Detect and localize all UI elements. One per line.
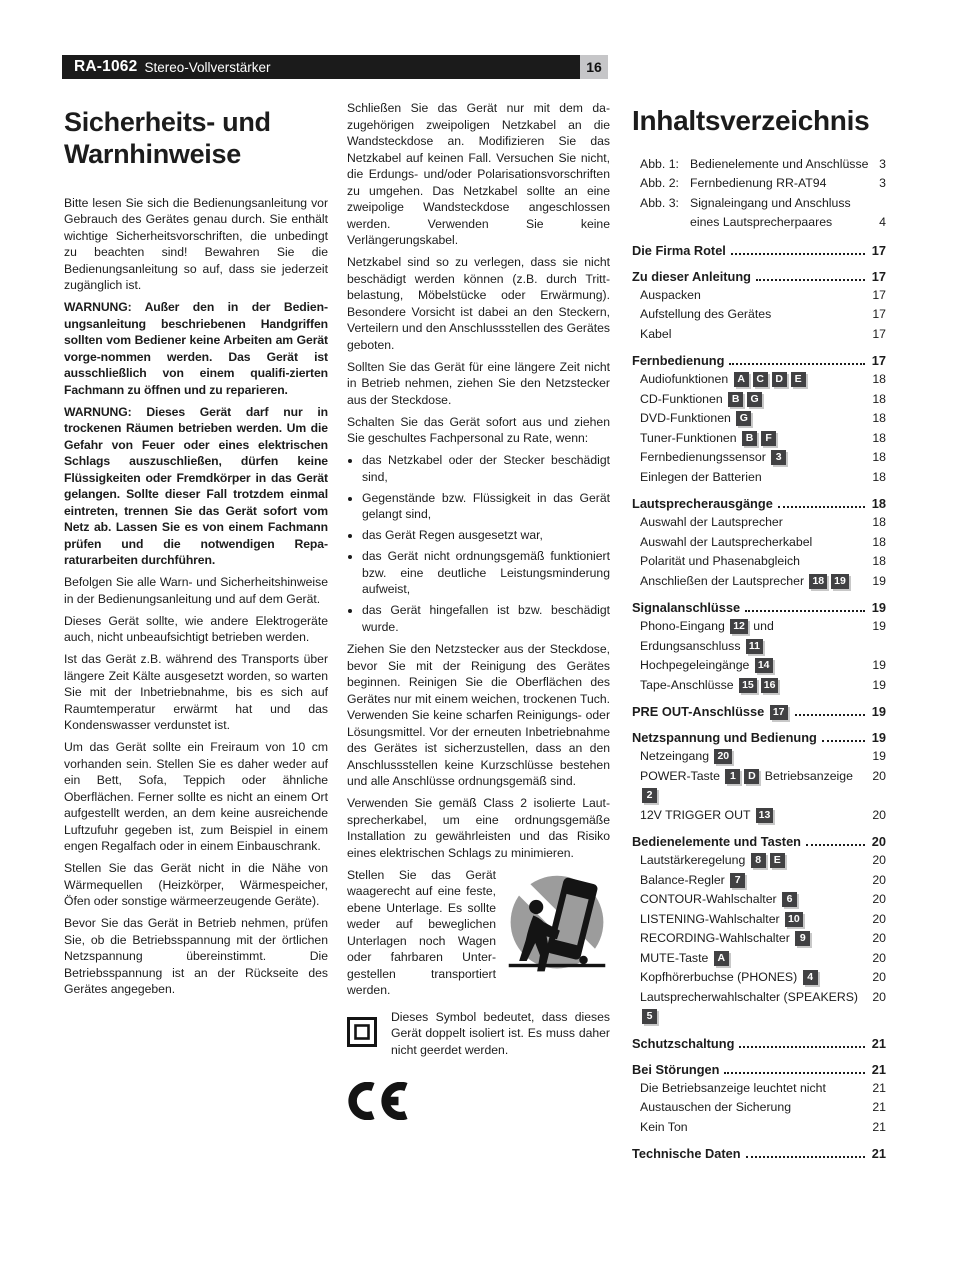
ref-badge: 9	[795, 931, 810, 946]
toc-entry: Technische Daten21	[632, 1144, 886, 1163]
toc-figure-page: 4	[879, 213, 886, 233]
toc-entry-label: CD-Funktionen BG	[640, 390, 764, 410]
toc-entry: Audiofunktionen ACDE18	[632, 370, 886, 390]
ref-badge: G	[736, 411, 751, 426]
warning-paragraph: WARNUNG: Außer den in der Bedien­ungsanl…	[64, 299, 328, 398]
toc-entry: DVD-Funktionen G18	[632, 409, 886, 429]
toc-entry-page: 18	[872, 552, 886, 572]
toc-entry-page: 17	[872, 305, 886, 325]
toc-entry-label: RECORDING-Wahlschalter 9	[640, 929, 812, 949]
ref-badge: A	[714, 951, 729, 966]
paragraph: Netzkabel sind so zu verlegen, dass sie …	[347, 254, 610, 353]
toc-entry-page: 17	[872, 286, 886, 306]
toc-entry-page: 20	[872, 949, 886, 969]
toc-entry-label: Auspacken	[640, 286, 701, 306]
toc-figure-label: Signaleingang und Anschluss	[690, 194, 851, 214]
toc-entry-page: 18	[872, 370, 886, 390]
toc-entry: MUTE-Taste A20	[632, 949, 886, 969]
toc-figures: Abb. 1:Bedienelemente und Anschlüsse3Abb…	[632, 155, 886, 233]
toc-entry-label: Einlegen der Batterien	[640, 468, 762, 488]
toc-entry-page: 18	[872, 429, 886, 449]
paragraph: Befolgen Sie alle Warn- und Sicherheitsh…	[64, 574, 328, 607]
toc-entry-page: 21	[872, 1118, 886, 1138]
toc-entry-label: Netzspannung und Bedienung	[632, 728, 817, 747]
toc-entry-page: 21	[872, 1034, 886, 1053]
toc-entry-page: 21	[872, 1079, 886, 1099]
toc-entry: POWER-Taste 1D Betriebsanzeige 220	[632, 767, 886, 806]
dot-leader	[778, 506, 865, 508]
toc-entry: RECORDING-Wahlschalter 920	[632, 929, 886, 949]
toc-entry-label: Signalanschlüsse	[632, 598, 740, 617]
toc-entry-page: 20	[872, 910, 886, 930]
toc-entry-label: Schutzschaltung	[632, 1034, 734, 1053]
toc-entry-page: 19	[872, 656, 886, 676]
toc-entry-label: Hochpegeleingänge 14	[640, 656, 775, 676]
dot-leader	[724, 1072, 864, 1074]
toc-entry-label: LISTENING-Wahlschalter 10	[640, 910, 805, 930]
toc-entry-label: Aufstellung des Gerätes	[640, 305, 771, 325]
toc-entry-page: 21	[872, 1144, 886, 1163]
toc-entry-page: 17	[872, 325, 886, 345]
no-cart-icon	[504, 869, 610, 981]
toc-entry-page: 20	[872, 851, 886, 871]
dot-leader	[745, 610, 865, 612]
safety-title-line1: Sicherheits- und	[64, 107, 271, 137]
paragraph: Verwenden Sie gemäß Class 2 isolierte La…	[347, 795, 610, 861]
toc-figure-label: eines Lautsprecherpaares	[690, 213, 832, 233]
toc-entry: Auspacken17	[632, 286, 886, 306]
toc-entry: CD-Funktionen BG18	[632, 390, 886, 410]
toc-entry-label: POWER-Taste 1D Betriebsanzeige 2	[640, 767, 868, 806]
ref-badge: B	[728, 392, 743, 407]
toc-figure-label: Bedienelemente und Anschlüsse	[690, 155, 868, 175]
dot-leader	[739, 1046, 864, 1048]
toc-entry: Fernbedienung 17	[632, 351, 886, 370]
toc-entry-label: Kabel	[640, 325, 671, 345]
toc-title: Inhaltsverzeichnis	[632, 106, 886, 137]
toc-figure-prefix: Abb. 1:	[640, 155, 690, 175]
dot-leader	[822, 740, 865, 742]
toc-entry-label: Lautstärkeregelung 8E	[640, 851, 787, 871]
toc-figure-prefix: Abb. 3:	[640, 194, 690, 214]
paragraph: Ist das Gerät z.B. während des Transport…	[64, 651, 328, 734]
ref-badge: 16	[761, 678, 779, 693]
toc-entry-page: 19	[872, 676, 886, 696]
model-label: RA-1062	[74, 58, 137, 76]
toc-entry: PRE OUT-Anschlüsse 1719	[632, 702, 886, 721]
dot-leader	[756, 279, 865, 281]
toc-figure-prefix: Abb. 2:	[640, 174, 690, 194]
ref-badge: 19	[831, 574, 849, 589]
toc-entry: Netzeingang 2019	[632, 747, 886, 767]
manual-page: RA-1062 Stereo-Vollverstärker 16 Sicherh…	[0, 0, 954, 1272]
toc-entry: Kabel17	[632, 325, 886, 345]
toc-entry-label: Die Firma Rotel	[632, 241, 726, 260]
toc-entry-label: Zu dieser Anleitung	[632, 267, 751, 286]
paragraph: Ziehen Sie den Netzstecker aus der Steck…	[347, 641, 610, 790]
ref-badge: 4	[803, 970, 818, 985]
toc-entry-label: DVD-Funktionen G	[640, 409, 753, 429]
toc-entry-page: 19	[872, 728, 886, 747]
ref-badge: 3	[771, 450, 786, 465]
toc-entry-label: Tuner-Funktionen BF	[640, 429, 778, 449]
toc-list: Die Firma Rotel17Zu dieser Anleitung 17A…	[632, 241, 886, 1164]
toc-entry-page: 18	[872, 448, 886, 468]
toc-entry: Fernbedienungssensor 318	[632, 448, 886, 468]
list-item: das Gerät hingefallen ist bzw. beschädig…	[362, 602, 610, 635]
safety-column: Sicherheits- und Warnhinweise Bitte lese…	[64, 106, 328, 1003]
dot-leader	[746, 1156, 865, 1158]
toc-entry: Tuner-Funktionen BF18	[632, 429, 886, 449]
toc-entry-page: 18	[872, 409, 886, 429]
toc-entry-label: Bedienelemente und Tasten	[632, 832, 801, 851]
toc-entry-label: Kein Ton	[640, 1118, 688, 1138]
toc-figure-page: 3	[879, 155, 886, 175]
toc-entry: Bei Störungen 21	[632, 1060, 886, 1079]
dot-leader	[729, 363, 864, 365]
toc-entry-page: 19	[872, 617, 886, 637]
dot-leader	[806, 844, 865, 846]
ref-badge: G	[747, 392, 762, 407]
safety-title-line2: Warnhinweise	[64, 139, 241, 169]
list-item: Gegenstände bzw. Flüssigkeit in das Gerä…	[362, 490, 610, 523]
paragraph: Sollten Sie das Gerät für eine längere Z…	[347, 359, 610, 409]
ref-badge: 5	[642, 1009, 657, 1024]
toc-column: Inhaltsverzeichnis Abb. 1:Bedienelemente…	[632, 106, 886, 1163]
toc-entry-page: 18	[872, 494, 886, 513]
double-insulation-block: Dieses Symbol bedeutet, dass dieses Gerä…	[347, 1009, 610, 1059]
toc-entry: Die Betriebsanzeige leuchtet nicht21	[632, 1079, 886, 1099]
toc-entry: Aufstellung des Gerätes17	[632, 305, 886, 325]
toc-entry-page: 20	[872, 890, 886, 910]
ref-badge: D	[772, 372, 787, 387]
toc-entry: Einlegen der Batterien18	[632, 468, 886, 488]
paragraph: Dieses Gerät sollte, wie andere Elektrog…	[64, 613, 328, 646]
toc-entry: 12V TRIGGER OUT 1320	[632, 806, 886, 826]
ref-badge: B	[742, 431, 757, 446]
ref-badge: 7	[730, 873, 745, 888]
toc-entry-page: 20	[872, 929, 886, 949]
toc-entry: Anschließen der Lautsprecher 181919	[632, 572, 886, 592]
toc-entry: Austauschen der Sicherung21	[632, 1098, 886, 1118]
bullet-intro: Schalten Sie das Gerät sofort aus und zi…	[347, 414, 610, 447]
toc-entry: Netzspannung und Bedienung19	[632, 728, 886, 747]
toc-entry-label: Anschließen der Lautsprecher 1819	[640, 572, 851, 592]
ref-badge: 8	[751, 853, 766, 868]
toc-entry: Lautsprecherwahlschalter (SPEAKERS) 520	[632, 988, 886, 1027]
double-insulation-icon	[347, 1017, 377, 1047]
toc-entry-page: 18	[872, 468, 886, 488]
toc-entry: Signalanschlüsse 19	[632, 598, 886, 617]
toc-entry: Kopfhörerbuchse (PHONES) 420	[632, 968, 886, 988]
header-subtitle: Stereo-Vollverstärker	[144, 60, 270, 75]
toc-entry: Schutzschaltung 21	[632, 1034, 886, 1053]
dot-leader	[731, 253, 865, 255]
toc-entry: Lautsprecherausgänge 18	[632, 494, 886, 513]
toc-figure-row: Abb. 3:Signaleingang und Anschluss	[632, 194, 886, 214]
ref-badge: 13	[756, 808, 774, 823]
paragraph: Stellen Sie das Gerät nicht in die Nähe …	[64, 860, 328, 910]
ref-badge: 18	[809, 574, 827, 589]
toc-entry: Tape-Anschlüsse 151619	[632, 676, 886, 696]
power-column: Schließen Sie das Gerät nur mit dem da­z…	[347, 100, 610, 1125]
toc-entry-label: Netzeingang 20	[640, 747, 734, 767]
toc-entry-label: Lautsprecherwahlschalter (SPEAKERS) 5	[640, 988, 868, 1027]
ref-badge: 12	[730, 619, 748, 634]
toc-entry-page: 20	[872, 968, 886, 988]
toc-entry-label: Bei Störungen	[632, 1060, 719, 1079]
ref-badge: E	[791, 372, 806, 387]
toc-entry-page: 17	[872, 351, 886, 370]
toc-entry-page: 19	[872, 598, 886, 617]
toc-entry-label: Phono-Eingang 12 und Erdungsanschluss 11	[640, 617, 868, 656]
ref-badge: 2	[642, 788, 657, 803]
ref-badge: 11	[746, 639, 763, 654]
toc-entry-label: Die Betriebsanzeige leuchtet nicht	[640, 1079, 826, 1099]
ref-badge: 14	[755, 658, 773, 673]
toc-entry-label: Lautsprecherausgänge	[632, 494, 773, 513]
bullet-list: das Netzkabel oder der Stecker beschädig…	[347, 452, 610, 635]
toc-entry: Auswahl der Lautsprecherkabel18	[632, 533, 886, 553]
toc-entry-label: 12V TRIGGER OUT 13	[640, 806, 775, 826]
toc-entry-page: 17	[872, 241, 886, 260]
toc-entry-label: Kopfhörerbuchse (PHONES) 4	[640, 968, 820, 988]
toc-entry-label: Auswahl der Lautsprecherkabel	[640, 533, 812, 553]
ref-badge: E	[770, 853, 785, 868]
list-item: das Gerät Regen ausgesetzt war,	[362, 527, 610, 544]
toc-figure-row: eines Lautsprecherpaares4	[632, 213, 886, 233]
toc-figure-label: Fernbedienung RR-AT94	[690, 174, 826, 194]
ref-badge: D	[744, 769, 759, 784]
toc-entry-page: 19	[872, 747, 886, 767]
ref-badge: 6	[782, 892, 797, 907]
toc-entry-label: Auswahl der Lautsprecher	[640, 513, 783, 533]
toc-entry: Phono-Eingang 12 und Erdungsanschluss 11…	[632, 617, 886, 656]
ref-badge: A	[734, 372, 749, 387]
toc-figure-row: Abb. 2:Fernbedienung RR-AT943	[632, 174, 886, 194]
ref-badge: 15	[739, 678, 757, 693]
toc-entry-page: 20	[872, 871, 886, 891]
toc-entry-page: 17	[872, 267, 886, 286]
toc-entry-page: 19	[872, 572, 886, 592]
page-number-badge: 16	[580, 55, 608, 79]
toc-entry-page: 20	[872, 988, 886, 1008]
ref-badge: 17	[770, 705, 788, 720]
toc-entry-page: 18	[872, 533, 886, 553]
toc-entry-page: 20	[872, 832, 886, 851]
toc-entry-page: 21	[872, 1060, 886, 1079]
placement-block: Stellen Sie das Gerät waagerecht auf ein…	[347, 867, 610, 999]
toc-entry-page: 20	[872, 767, 886, 787]
paragraph: Um das Gerät sollte ein Freiraum von 10 …	[64, 739, 328, 855]
toc-entry-page: 19	[872, 702, 886, 721]
toc-entry: Hochpegeleingänge 1419	[632, 656, 886, 676]
double-insulation-text: Dieses Symbol bedeutet, dass dieses Gerä…	[391, 1009, 610, 1059]
toc-entry: Bedienelemente und Tasten20	[632, 832, 886, 851]
toc-entry-label: Tape-Anschlüsse 1516	[640, 676, 780, 696]
toc-entry-page: 21	[872, 1098, 886, 1118]
ref-badge: C	[753, 372, 768, 387]
toc-entry-label: PRE OUT-Anschlüsse 17	[632, 702, 790, 721]
toc-entry-page: 18	[872, 513, 886, 533]
page-header: RA-1062 Stereo-Vollverstärker 16	[62, 55, 608, 79]
toc-entry-label: Technische Daten	[632, 1144, 741, 1163]
ref-badge: 1	[725, 769, 740, 784]
toc-entry-page: 18	[872, 390, 886, 410]
toc-entry-label: Audiofunktionen ACDE	[640, 370, 808, 390]
ce-mark-block	[347, 1082, 610, 1125]
toc-entry-page: 20	[872, 806, 886, 826]
toc-figure-page: 3	[879, 174, 886, 194]
paragraph: Bitte lesen Sie sich die Bedienungsanlei…	[64, 195, 328, 294]
toc-entry-label: Polarität und Phasenabgleich	[640, 552, 800, 572]
dot-leader	[795, 714, 865, 716]
toc-entry: Kein Ton21	[632, 1118, 886, 1138]
toc-entry: CONTOUR-Wahlschalter 620	[632, 890, 886, 910]
ce-mark-icon	[347, 1082, 411, 1120]
toc-entry: Zu dieser Anleitung 17	[632, 267, 886, 286]
paragraph: Schließen Sie das Gerät nur mit dem da­z…	[347, 100, 610, 249]
warning-paragraph: WARNUNG: Dieses Gerät darf nur in trocke…	[64, 404, 328, 569]
list-item: das Netzkabel oder der Stecker beschädig…	[362, 452, 610, 485]
toc-entry-label: Fernbedienungssensor 3	[640, 448, 788, 468]
toc-entry: Lautstärkeregelung 8E20	[632, 851, 886, 871]
toc-entry: Die Firma Rotel17	[632, 241, 886, 260]
toc-entry-label: CONTOUR-Wahlschalter 6	[640, 890, 799, 910]
toc-entry-label: Austauschen der Sicherung	[640, 1098, 791, 1118]
list-item: das Gerät nicht ordnungsgemäß funktionie…	[362, 548, 610, 598]
toc-entry-label: MUTE-Taste A	[640, 949, 731, 969]
ref-badge: F	[761, 431, 776, 446]
header-bar: RA-1062 Stereo-Vollverstärker	[62, 55, 580, 79]
toc-entry-label: Balance-Regler 7	[640, 871, 747, 891]
toc-entry: Polarität und Phasenabgleich18	[632, 552, 886, 572]
toc-figure-row: Abb. 1:Bedienelemente und Anschlüsse3	[632, 155, 886, 175]
toc-entry: Auswahl der Lautsprecher18	[632, 513, 886, 533]
toc-entry: Balance-Regler 720	[632, 871, 886, 891]
safety-title: Sicherheits- und Warnhinweise	[64, 106, 328, 171]
paragraph: Bevor Sie das Gerät in Betrieb nehmen, p…	[64, 915, 328, 998]
toc-entry-label: Fernbedienung	[632, 351, 724, 370]
ref-badge: 20	[714, 749, 732, 764]
toc-entry: LISTENING-Wahlschalter 1020	[632, 910, 886, 930]
ref-badge: 10	[785, 912, 803, 927]
